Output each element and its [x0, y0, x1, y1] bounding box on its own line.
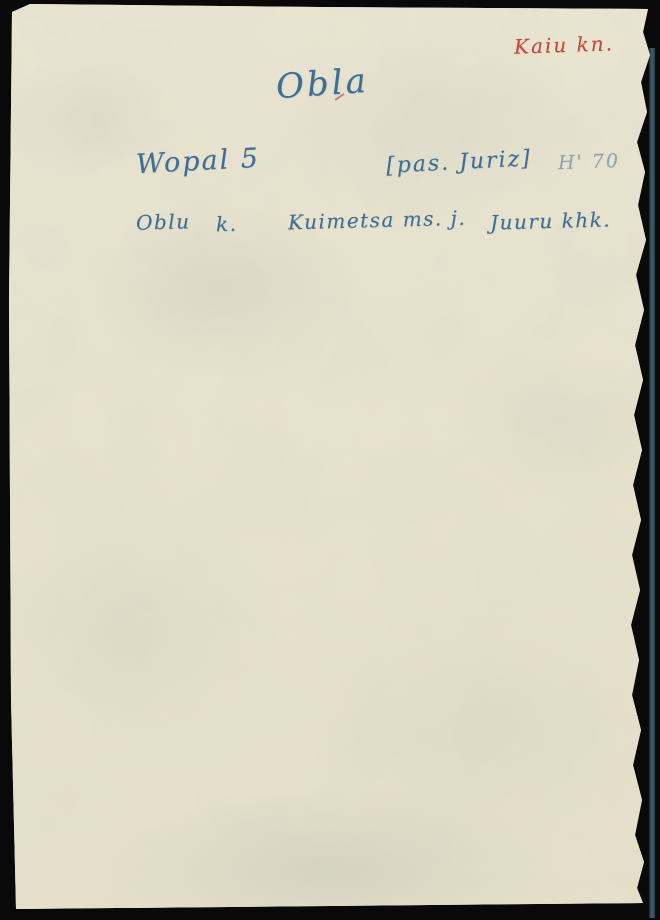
entry-bracket-note: [pas. Juriz] [385, 146, 532, 179]
page-title: Obla [275, 61, 370, 107]
paper-texture [0, 0, 660, 920]
detail-segment: Juuru khk. [490, 207, 612, 234]
index-card-paper: Kaiu kn. Obla Wopal 5 [pas. Juriz] H' 70… [0, 0, 660, 920]
scanned-card-page: Kaiu kn. Obla Wopal 5 [pas. Juriz] H' 70… [0, 0, 660, 920]
detail-segment: Oblu [136, 209, 191, 234]
scanner-edge-strip [649, 48, 655, 918]
entry-name: Wopal 5 [135, 143, 260, 180]
entry-reference-code: H' 70 [558, 150, 621, 174]
detail-segment: Kuimetsa ms. j. [288, 206, 467, 235]
corner-annotation: Kaiu kn. [514, 31, 615, 58]
detail-segment: k. [216, 212, 238, 237]
